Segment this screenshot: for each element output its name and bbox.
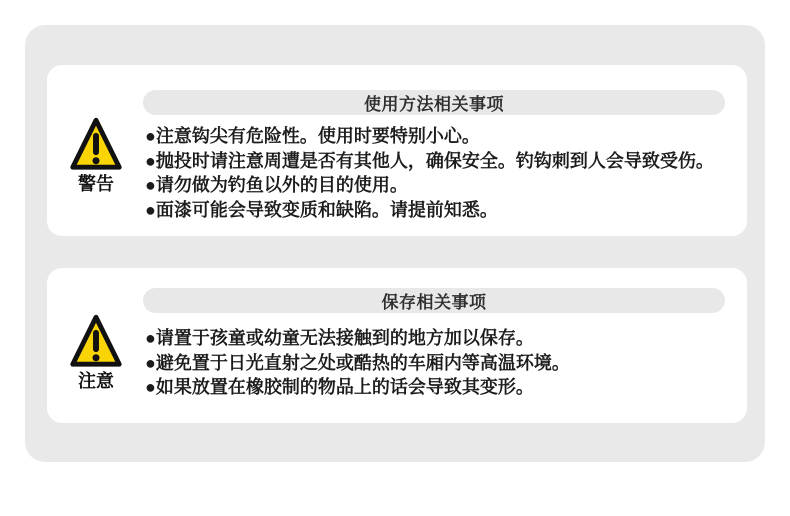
notice-item: ●请勿做为钓鱼以外的目的使用。 — [145, 173, 729, 198]
warning-level-label: 警告 — [68, 174, 124, 194]
warning-icon-block: 警告 — [68, 115, 124, 194]
notice-item: ●抛投时请注意周遭是否有其他人，确保安全。钓钩刺到人会导致受伤。 — [145, 149, 729, 174]
notice-panel: 使用方法相关事项 警告 ●注意钩尖有危险性。使用时要特别小心。 ●抛投时请注意周… — [25, 25, 765, 462]
notice-item: ●避免置于日光直射之处或酷热的车厢内等高温环境。 — [145, 351, 729, 376]
notice-item: ●如果放置在橡胶制的物品上的话会导致其变形。 — [145, 375, 729, 400]
warning-triangle-icon — [69, 115, 123, 173]
usage-notice-list: ●注意钩尖有危险性。使用时要特别小心。 ●抛投时请注意周遭是否有其他人，确保安全… — [145, 124, 729, 222]
storage-section-title: 保存相关事项 — [143, 288, 725, 313]
storage-notice-card: 保存相关事项 注意 ●请置于孩童或幼童无法接触到的地方加以保存。 ●避免置于日光… — [47, 268, 747, 423]
notice-item: ●注意钩尖有危险性。使用时要特别小心。 — [145, 124, 729, 149]
notice-item: ●面漆可能会导致变质和缺陷。请提前知悉。 — [145, 198, 729, 223]
notice-item: ●请置于孩童或幼童无法接触到的地方加以保存。 — [145, 326, 729, 351]
usage-section-title: 使用方法相关事项 — [143, 90, 725, 115]
caution-icon-block: 注意 — [68, 312, 124, 391]
warning-triangle-icon — [69, 312, 123, 370]
caution-level-label: 注意 — [68, 371, 124, 391]
storage-notice-list: ●请置于孩童或幼童无法接触到的地方加以保存。 ●避免置于日光直射之处或酷热的车厢… — [145, 326, 729, 400]
usage-notice-card: 使用方法相关事项 警告 ●注意钩尖有危险性。使用时要特别小心。 ●抛投时请注意周… — [47, 65, 747, 236]
